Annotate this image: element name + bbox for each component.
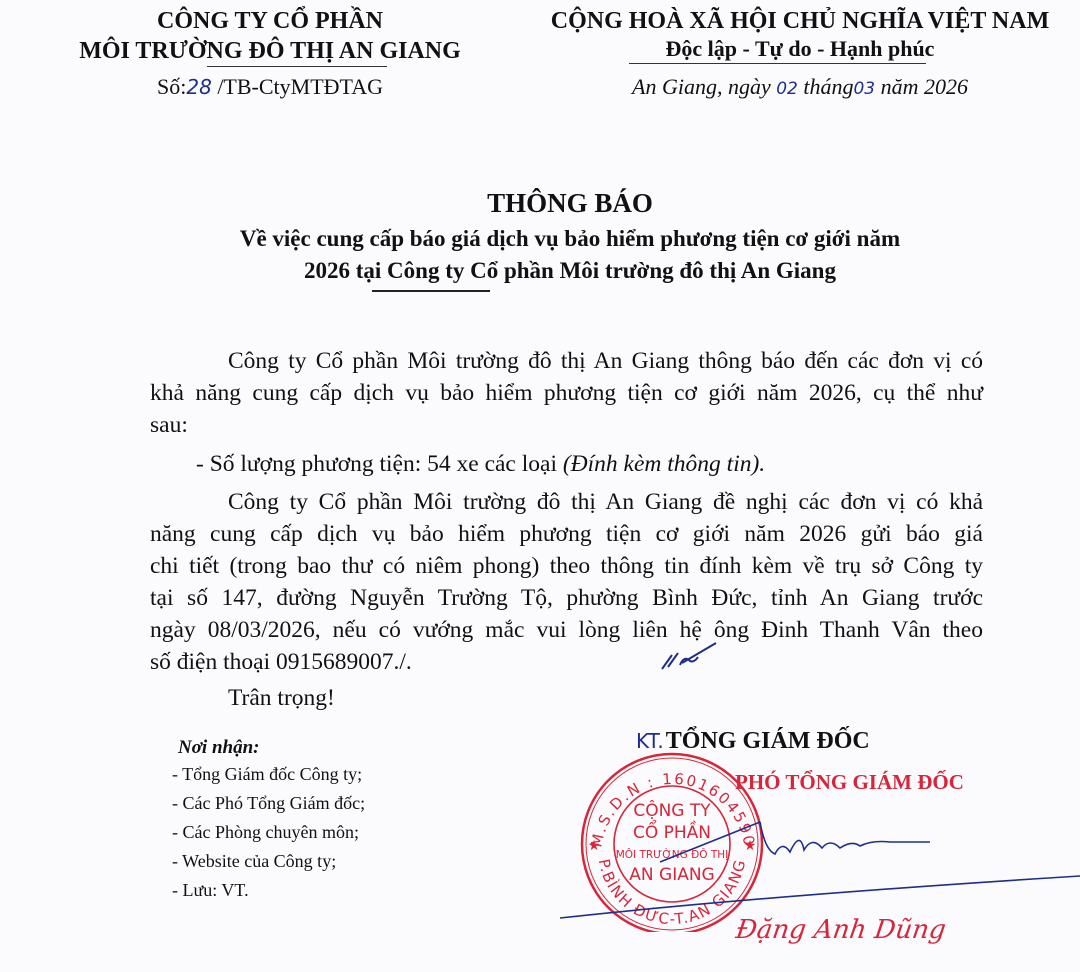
document-subject-line2: 2026 tại Công ty Cổ phần Môi trường đô t… — [0, 258, 1080, 284]
national-title: CỘNG HOÀ XÃ HỘI CHỦ NGHĨA VIỆT NAM — [520, 8, 1080, 35]
body-p1-line3: sau: — [150, 412, 188, 439]
document-number-handwritten: 28 — [186, 75, 211, 99]
recipient-item: - Các Phó Tổng Giám đốc; — [172, 793, 365, 814]
document-number-prefix: Số: — [157, 74, 186, 99]
handwritten-initial-icon — [658, 633, 718, 673]
recipients-title: Nơi nhận: — [178, 737, 259, 759]
document-number-suffix: /TB-CtyMTĐTAG — [212, 74, 383, 99]
attachment-note: (Đính kèm thông tin). — [563, 451, 765, 477]
body-p1-line2: khả năng cung cấp dịch vụ bảo hiểm phươn… — [150, 380, 983, 407]
body-p2-line6: số điện thoại 0915689007./. — [150, 649, 412, 676]
document-date: An Giang, ngày 02 tháng03 năm 2026 — [520, 74, 1080, 100]
recipient-item: - Lưu: VT. — [172, 880, 249, 901]
body-p2-line4: tại số 147, đường Nguyễn Trường Tộ, phườ… — [150, 585, 983, 612]
header-right-underline — [629, 63, 926, 64]
document-subject-line1: Về việc cung cấp báo giá dịch vụ bảo hiể… — [0, 226, 1080, 252]
company-name-line1: CÔNG TY CỔ PHẦN — [0, 8, 540, 35]
company-name-line2: MÔI TRƯỜNG ĐÔ THỊ AN GIANG — [0, 38, 540, 65]
body-p1-line1: Công ty Cổ phần Môi trường đô thị An Gia… — [228, 348, 983, 375]
document-number: Số:28 /TB-CtyMTĐTAG — [0, 74, 540, 100]
date-year-label: năm 2026 — [875, 74, 968, 99]
recipient-item: - Các Phòng chuyên môn; — [172, 822, 359, 843]
date-prefix: An Giang, ngày — [632, 74, 776, 99]
national-motto: Độc lập - Tự do - Hạnh phúc — [520, 36, 1080, 62]
signature-icon — [560, 800, 1080, 920]
date-day-handwritten: 02 — [776, 79, 798, 99]
vehicle-count-item: - Số lượng phương tiện: 54 xe các loại (… — [196, 451, 765, 478]
signer-position-title: TỔNG GIÁM ĐỐC — [666, 728, 870, 754]
kt-handwritten: KT. — [636, 729, 664, 753]
document-heading: THÔNG BÁO — [0, 188, 1080, 219]
body-p2-line5: ngày 08/03/2026, nếu có vướng mắc vui lò… — [150, 617, 983, 644]
body-p2-line2: năng cung cấp dịch vụ bảo hiểm phương ti… — [150, 521, 983, 548]
header-left-underline — [207, 66, 387, 67]
date-month-handwritten: 03 — [853, 79, 875, 99]
signer-name: Đặng Anh Dũng — [734, 915, 948, 945]
vehicle-count-text: - Số lượng phương tiện: 54 xe các loại — [196, 451, 563, 477]
recipient-item: - Tổng Giám đốc Công ty; — [172, 764, 362, 785]
closing-text: Trân trọng! — [228, 685, 335, 712]
body-p2-line1: Công ty Cổ phần Môi trường đô thị An Gia… — [228, 489, 983, 516]
body-p2-line3: chi tiết (trong bao thư có niêm phong) t… — [150, 553, 983, 580]
title-underline — [372, 290, 490, 292]
signer-position: KT.TỔNG GIÁM ĐỐC — [636, 728, 870, 755]
date-month-label: tháng — [798, 74, 854, 99]
recipient-item: - Website của Công ty; — [172, 851, 336, 872]
